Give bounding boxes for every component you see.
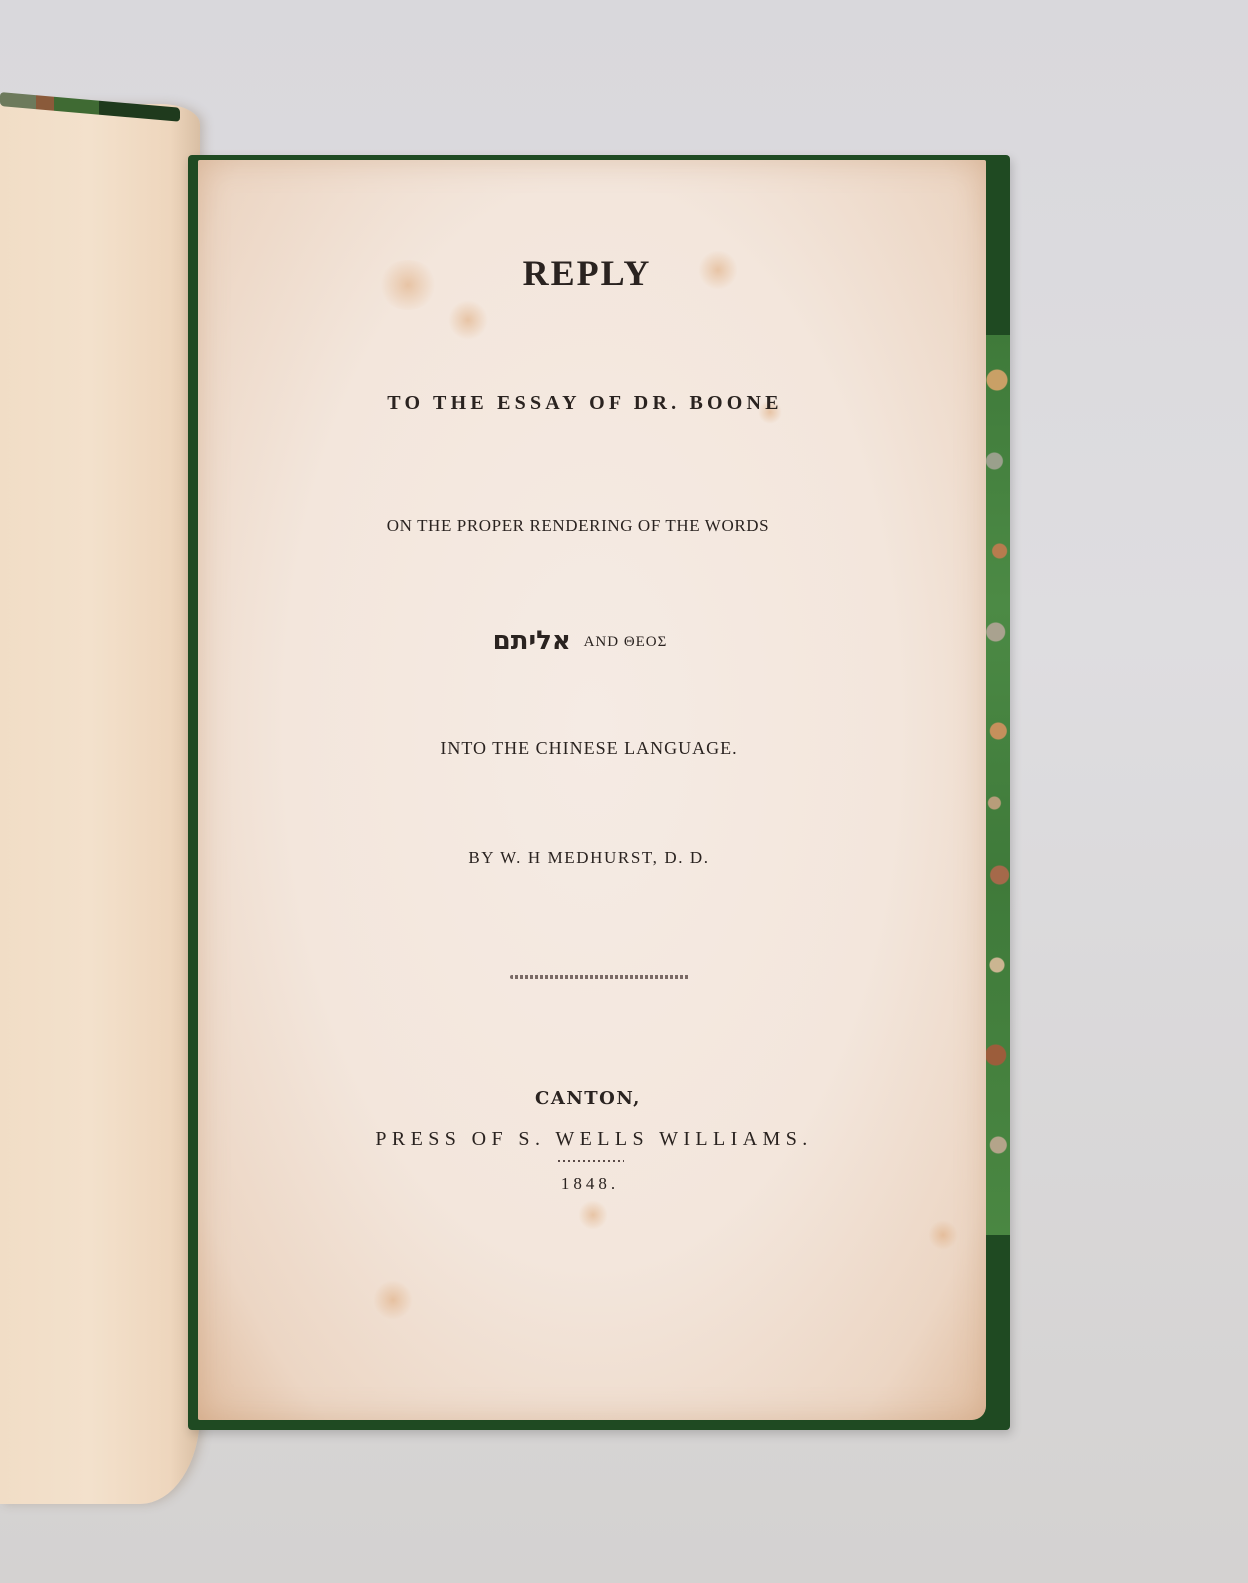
imprint-press: PRESS OF S. WELLS WILLIAMS. bbox=[200, 1128, 988, 1151]
imprint-year: 1848. bbox=[196, 1174, 984, 1194]
left-page-verso bbox=[0, 104, 200, 1504]
subtitle-line-into: INTO THE CHINESE LANGUAGE. bbox=[195, 738, 983, 759]
wavy-rule-divider bbox=[510, 975, 690, 979]
conjunction-and: AND bbox=[584, 634, 620, 650]
author-line: BY W. H MEDHURST, D. D. bbox=[195, 848, 983, 868]
imprint-city: CANTON, bbox=[194, 1088, 982, 1109]
subtitle-line-on: ON THE PROPER RENDERING OF THE WORDS bbox=[184, 516, 972, 536]
title-heading: REPLY bbox=[193, 252, 981, 294]
title-page: REPLY TO THE ESSAY OF DR. BOONE ON THE P… bbox=[198, 160, 986, 1420]
subtitle-line-to: TO THE ESSAY OF DR. BOONE bbox=[191, 392, 979, 415]
subtitle-words-line: אליתם AND ΘΕΟΣ bbox=[186, 626, 974, 656]
foxing-spot bbox=[448, 300, 488, 340]
greek-word: ΘΕΟΣ bbox=[624, 634, 668, 650]
hebrew-word: אליתם bbox=[493, 626, 571, 656]
foxing-spot bbox=[373, 1280, 413, 1320]
foxing-spot bbox=[928, 1220, 958, 1250]
dotted-rule-divider bbox=[558, 1160, 624, 1162]
marbled-board-edge bbox=[984, 335, 1010, 1235]
foxing-spot bbox=[578, 1200, 608, 1230]
